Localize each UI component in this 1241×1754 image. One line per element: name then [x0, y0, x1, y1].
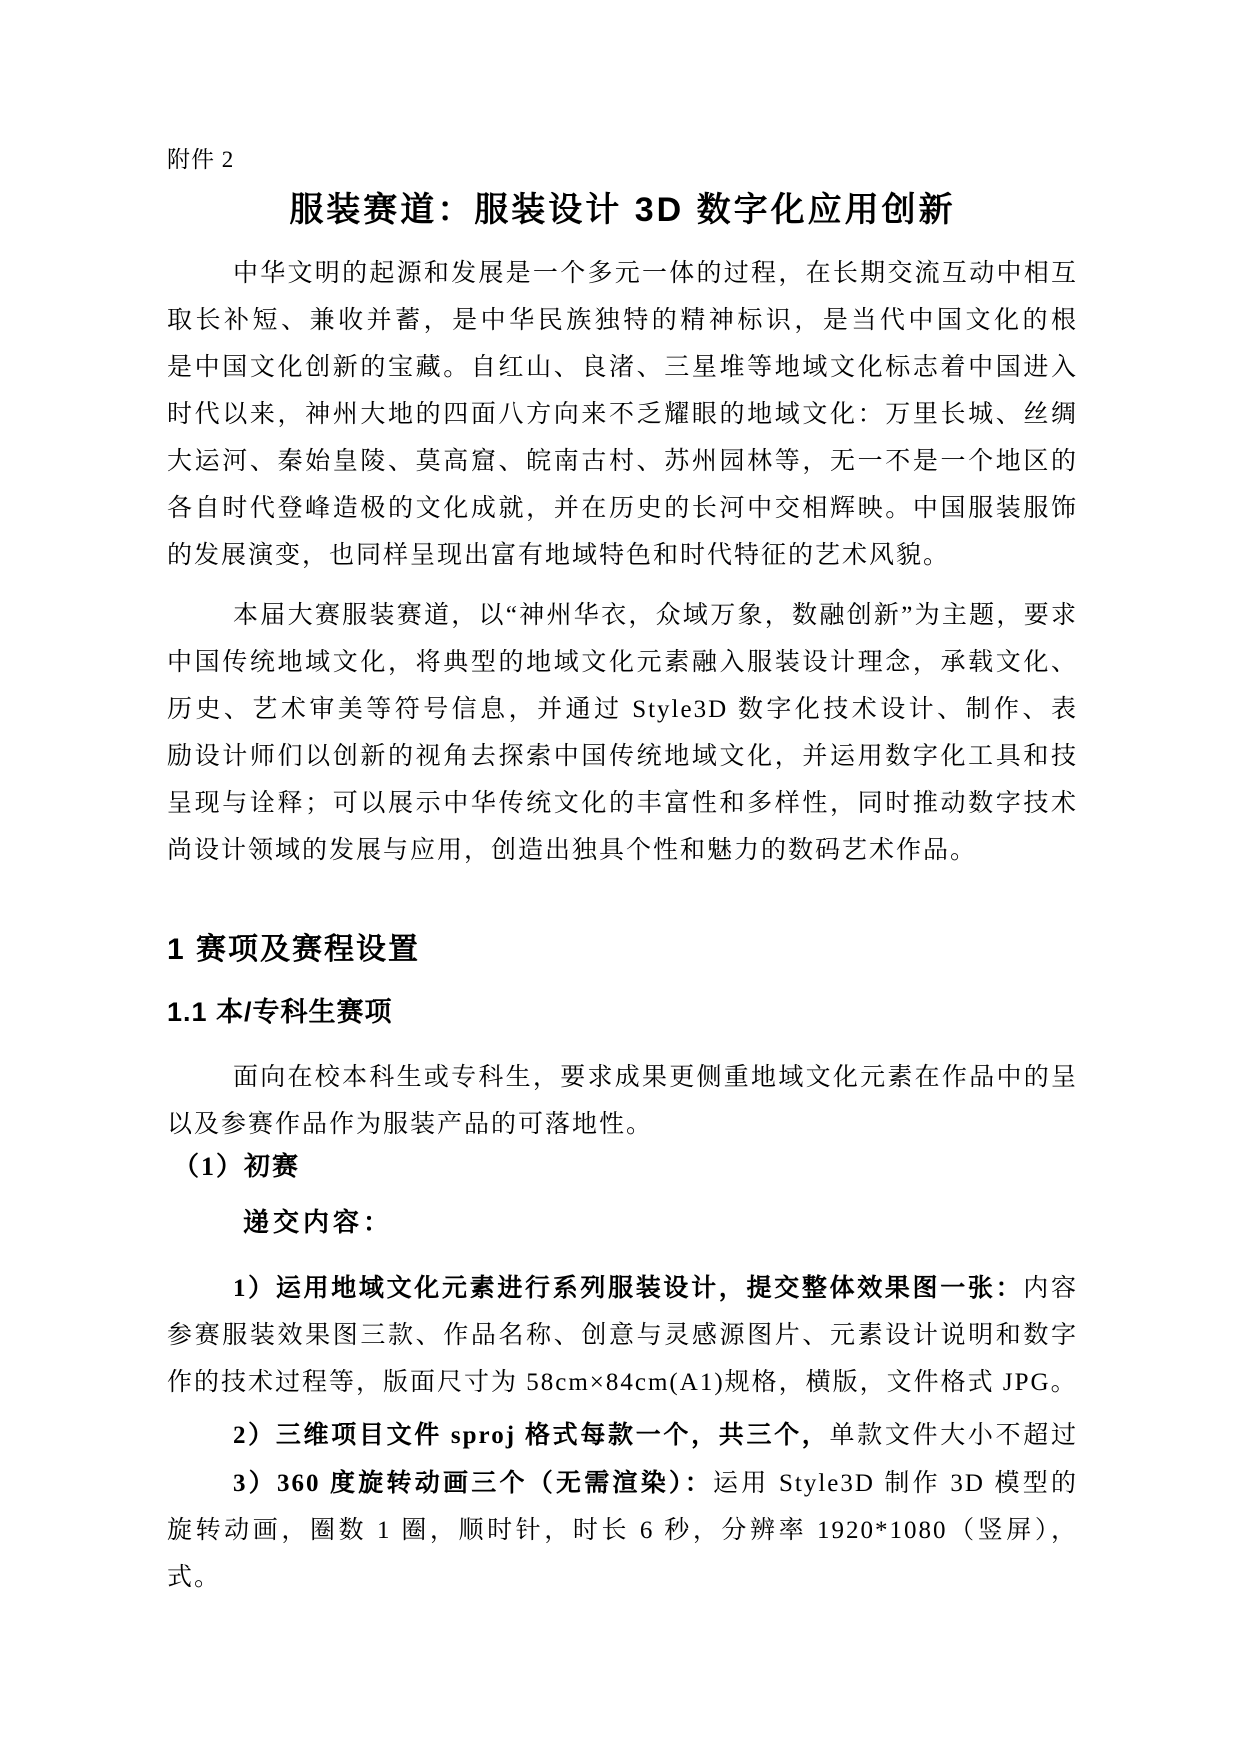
- paragraph-line: 本届大赛服装赛道，以“神州华衣，众域万象，数融创新”为主题，要求调研: [167, 592, 1078, 639]
- stage-heading-preliminary: （1）初赛: [167, 1150, 1078, 1184]
- section-1-1-paragraph: 面向在校本科生或专科生，要求成果更侧重地域文化元素在作品中的呈现， 以及参赛作品…: [167, 1054, 1078, 1148]
- intro-paragraph-1: 中华文明的起源和发展是一个多元一体的过程，在长期交流互动中相互促进、 取长补短、…: [167, 250, 1078, 579]
- intro-paragraph-2: 本届大赛服装赛道，以“神州华衣，众域万象，数融创新”为主题，要求调研 中国传统地…: [167, 592, 1078, 874]
- paragraph-line: 面向在校本科生或专科生，要求成果更侧重地域文化元素在作品中的呈现，: [167, 1054, 1078, 1101]
- section-heading-1: 1 赛项及赛程设置: [167, 930, 1078, 970]
- paragraph-line: 大运河、秦始皇陵、莫高窟、皖南古村、苏州园林等，无一不是一个地区的标志、: [167, 438, 1078, 485]
- paragraph-line: 中华文明的起源和发展是一个多元一体的过程，在长期交流互动中相互促进、: [167, 250, 1078, 297]
- paragraph-line: 1）运用地域文化元素进行系列服装设计，提交整体效果图一张：内容包括: [167, 1265, 1078, 1312]
- paragraph-line: 旋转动画，圈数 1 圈，顺时针，时长 6 秒，分辨率 1920*1080（竖屏）…: [167, 1507, 1078, 1554]
- document-page: 附件 2 服装赛道：服装设计 3D 数字化应用创新 中华文明的起源和发展是一个多…: [0, 0, 1241, 1754]
- paragraph-line: 是中国文化创新的宝藏。自红山、良渚、三星堆等地域文化标志着中国进入文明: [167, 344, 1078, 391]
- paragraph-line: 各自时代登峰造极的文化成就，并在历史的长河中交相辉映。中国服装服饰艺术: [167, 485, 1078, 532]
- paragraph-line: 3）360 度旋转动画三个（无需渲染）：运用 Style3D 制作 3D 模型的…: [167, 1460, 1078, 1507]
- paragraph-line: 中国传统地域文化，将典型的地域文化元素融入服装设计理念，承载文化、民族、: [167, 639, 1078, 686]
- attachment-label: 附件 2: [167, 0, 1078, 173]
- paragraph-line: 作的技术过程等，版面尺寸为 58cm×84cm(A1)规格，横版，文件格式 JP…: [167, 1359, 1078, 1406]
- paragraph-line: 尚设计领域的发展与应用，创造出独具个性和魅力的数码艺术作品。: [167, 827, 1078, 874]
- paragraph-line: 时代以来，神州大地的四面八方向来不乏耀眼的地域文化：万里长城、丝绸之路、: [167, 391, 1078, 438]
- item-1-bold-lead: 1）运用地域文化元素进行系列服装设计，提交整体效果图一张：: [233, 1275, 1023, 1302]
- submission-item-3: 3）360 度旋转动画三个（无需渲染）：运用 Style3D 制作 3D 模型的…: [167, 1460, 1078, 1601]
- paragraph-line: 参赛服装效果图三款、作品名称、创意与灵感源图片、元素设计说明和数字化制: [167, 1312, 1078, 1359]
- section-heading-1-1: 1.1 本/专科生赛项: [167, 994, 1078, 1030]
- submission-content-heading: 递交内容：: [167, 1206, 1078, 1240]
- paragraph-line: 呈现与诠释；可以展示中华传统文化的丰富性和多样性，同时推动数字技术在时: [167, 780, 1078, 827]
- paragraph-line: 历史、艺术审美等符号信息，并通过 Style3D 数字化技术设计、制作、表达。鼓: [167, 686, 1078, 733]
- submission-item-1: 1）运用地域文化元素进行系列服装设计，提交整体效果图一张：内容包括 参赛服装效果…: [167, 1265, 1078, 1406]
- paragraph-line: 的发展演变，也同样呈现出富有地域特色和时代特征的艺术风貌。: [167, 532, 1078, 579]
- paragraph-line: 取长补短、兼收并蓄，是中华民族独特的精神标识，是当代中国文化的根基，也: [167, 297, 1078, 344]
- document-content: 附件 2 服装赛道：服装设计 3D 数字化应用创新 中华文明的起源和发展是一个多…: [0, 0, 1241, 1754]
- document-title: 服装赛道：服装设计 3D 数字化应用创新: [167, 190, 1078, 230]
- paragraph-line: 2）三维项目文件 sproj 格式每款一个，共三个，单款文件大小不超过 150M…: [167, 1412, 1078, 1459]
- item-2-bold-lead: 2）三维项目文件 sproj 格式每款一个，共三个，: [233, 1422, 830, 1449]
- paragraph-line: 励设计师们以创新的视角去探索中国传统地域文化，并运用数字化工具和技术来: [167, 733, 1078, 780]
- paragraph-line: 式。: [167, 1554, 1078, 1601]
- paragraph-line: 以及参赛作品作为服装产品的可落地性。: [167, 1101, 1078, 1148]
- item-3-bold-lead: 3）360 度旋转动画三个（无需渲染）：: [233, 1470, 713, 1497]
- submission-item-2: 2）三维项目文件 sproj 格式每款一个，共三个，单款文件大小不超过 150M…: [167, 1412, 1078, 1459]
